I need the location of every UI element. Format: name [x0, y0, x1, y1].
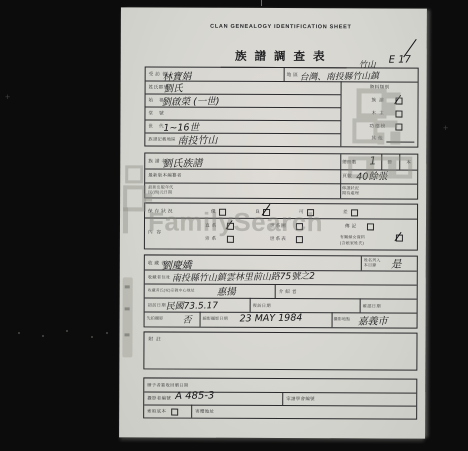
condition-option-label: 可 [299, 209, 304, 215]
divider [145, 217, 417, 219]
sheet-english-title: CLAN GENEALOGY IDENTIFICATION SHEET [181, 24, 381, 31]
coverage-area-value: 南投竹山 [177, 131, 217, 147]
pages-value: 40餘張 [356, 168, 387, 183]
filming-place-value: 嘉義市 [357, 312, 387, 327]
condition-option-label: 良 [255, 209, 260, 215]
pre-filming-label: 先拍攝影 [147, 316, 164, 321]
divider [145, 182, 417, 184]
genealogy-survey-sheet: CLAN GENEALOGY IDENTIFICATION SHEET 族譜調查… [119, 7, 427, 438]
divider [200, 312, 201, 327]
film-dust [18, 332, 20, 334]
checkbox [307, 209, 314, 216]
divider [361, 256, 362, 270]
notes-label: 附註 [148, 336, 163, 342]
divider [340, 81, 341, 146]
content-option-sublabel: (含娘家姓氏) [340, 241, 364, 246]
area-value: 台灣、南投縣竹山鎮 [300, 69, 379, 83]
section-condition-content: 保存狀況 優 良 可 差 內容 直系 世系圖 傳記 旁系 世系表 有關婦女資料 … [144, 202, 418, 250]
first-ancestor-value: 劉啟榮 (一世) [161, 93, 219, 108]
divider [381, 154, 382, 169]
content-option-label: 旁系 [205, 236, 218, 242]
checkbox [296, 223, 303, 230]
film-dust [106, 332, 108, 334]
religious-center-value: 惠揚 [217, 284, 236, 298]
section-volume-info: 族譜名 劉氏族譜 總冊數 1 冊 本 最新版本編纂者 頁數 40餘張 最新出版年… [144, 152, 418, 199]
content-option-label: 有關婦女資料 [340, 235, 365, 240]
content-label: 內容 [148, 229, 165, 235]
checkbox [367, 223, 374, 230]
religious-center-label: 收藏者氏(家)宗教中心地址 [148, 288, 195, 293]
introducer-label: 介紹者 [279, 289, 299, 295]
divider [144, 404, 416, 406]
book-unit: 本 [406, 160, 411, 166]
registration-mark: + [443, 123, 448, 133]
filming-date-label: 縮影攝影日期 [203, 317, 228, 322]
volumes-label: 總冊數 [342, 159, 356, 165]
receipt-date-label: 贈予者簽收回贈日期 [147, 382, 188, 388]
divider [340, 154, 341, 198]
divider [284, 68, 285, 81]
society-number-label: 家譜學會編號 [286, 396, 315, 402]
material-option-label: 木主 [371, 110, 386, 116]
material-option-label: 其他 [371, 135, 384, 141]
divider [191, 405, 192, 418]
area-label: 地區 [287, 72, 300, 78]
checkbox [227, 236, 234, 243]
section-owner-filming: 收藏者 劉慶嬌 姓名列入 本目錄 是 收藏者住址 南投縣竹山鎮雲林里前山路75號… [144, 254, 418, 328]
volume-unit: 冊 [387, 159, 392, 165]
filming-date-value: 23 MAY 1984 [239, 312, 302, 324]
publication-year-label-line2: 民(西)元日期 [148, 190, 172, 195]
material-option-label: 族譜 [372, 97, 387, 103]
divider [332, 312, 333, 327]
handwritten-code-note: E 17 [389, 54, 411, 65]
photographer-number-label: 攝影者編號 [147, 395, 171, 401]
material-option-label: 功德榜 [369, 123, 386, 129]
owner-value: 劉慶嬌 [162, 256, 192, 271]
consent-value: 是 [391, 256, 402, 271]
film-edge-label [122, 277, 132, 357]
checkbox [296, 236, 303, 243]
film-dust [91, 336, 93, 338]
microfilm-scan: { "header": { "eng": "CLAN GENEALOGY IDE… [0, 0, 468, 451]
divider [282, 392, 283, 405]
latest-compiler-label: 最新版本編纂者 [148, 172, 182, 178]
registration-mark: + [5, 92, 10, 102]
sheet-title: 族譜調查表 [221, 48, 347, 69]
content-option-label: 直系 [205, 223, 218, 229]
photographer-number-value: A 485-3 [175, 390, 214, 402]
revisit-label: 複訪日期 [253, 303, 271, 309]
content-option-label: 世系表 [270, 236, 287, 242]
first-visit-label: 初訪日期 [148, 302, 166, 308]
archive-stamp [121, 7, 427, 8]
checkbox [351, 209, 358, 216]
divider [275, 284, 276, 298]
coverage-area-label: 族譜記載地區 [148, 136, 176, 142]
film-dust [66, 330, 68, 332]
section-numbering: 贈予者簽收回贈日期 攝影者編號 A 485-3 家譜學會編號 索取底本 寄贈地址 [143, 377, 417, 419]
pages-label: 頁數 [342, 173, 352, 179]
checkbox [219, 209, 226, 216]
mailing-address-label: 寄贈地址 [195, 409, 214, 415]
condition-label: 保存狀況 [148, 208, 174, 214]
divider [399, 155, 400, 170]
first-visit-value: 民國73.5.17 [166, 298, 219, 312]
film-edge-tick [261, 0, 262, 6]
confirm-date-label: 確認日期 [363, 303, 381, 309]
content-option-label: 世系圖 [270, 223, 287, 229]
request-copy-label: 索取底本 [147, 408, 166, 414]
condition-option-label: 差 [343, 209, 348, 215]
hall-name-label: 堂號 [148, 110, 169, 116]
checkbox [395, 124, 402, 131]
divider [250, 298, 251, 312]
checkbox [171, 409, 178, 416]
film-dust [42, 335, 44, 337]
archive-stamp [121, 7, 427, 8]
surname-value: 劉氏 [163, 80, 182, 94]
revision-status-label-line2: 期待處理 [342, 191, 359, 196]
condition-option-label: 優 [211, 209, 216, 215]
material-type-header: 資料類別 [370, 84, 390, 90]
checkbox [395, 111, 402, 118]
consent-label-line2: 本目錄 [364, 263, 377, 268]
volumes-value: 1 [369, 154, 376, 167]
filming-place-label: 攝影地點 [334, 317, 351, 322]
divider [360, 298, 361, 312]
content-option-label: 傳記 [345, 223, 358, 229]
section-basic-info: 受訪者 林寶娟 地區 台灣、南投縣竹山鎮 姓氏郡望 劉氏 始祖 劉啟榮 (一世)… [144, 66, 418, 147]
genealogy-title-value: 劉氏族譜 [162, 154, 202, 170]
fill-in-line [386, 141, 414, 142]
pre-filming-value: 否 [182, 313, 191, 326]
owner-address-value: 南投縣竹山鎮雲林里前山路75號之2 [172, 269, 315, 284]
section-notes: 附註 [143, 331, 417, 370]
owner-address-label: 收藏者住址 [148, 274, 171, 280]
